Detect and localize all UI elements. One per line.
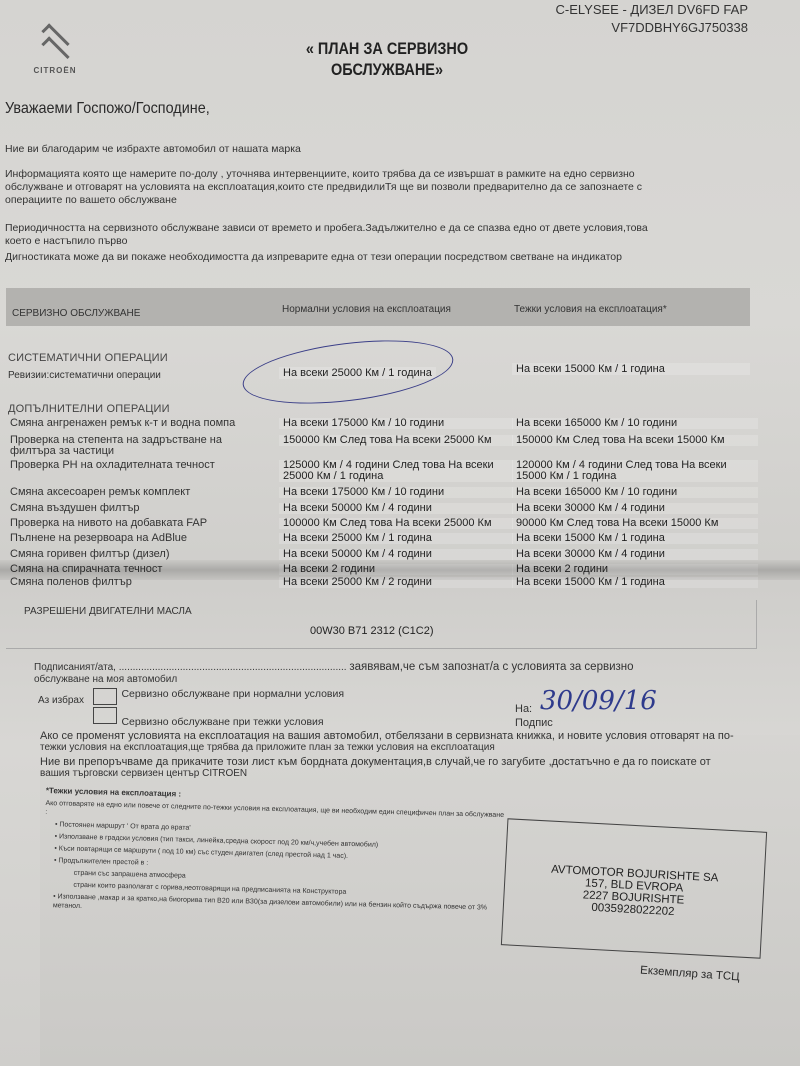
- row-normal-interval: На всеки 50000 Км / 4 години: [279, 549, 513, 560]
- citroen-double-chevron-icon: [22, 32, 88, 56]
- row-heavy-interval: На всеки 165000 Км / 10 години: [512, 418, 758, 429]
- date-label: На:: [515, 703, 532, 716]
- diagnostics-text: Дигностиката може да ви покаже необходим…: [5, 251, 622, 264]
- signature-label: Подпис: [515, 717, 553, 730]
- row-normal-interval: 100000 Км След това На всеки 25000 Км: [279, 518, 513, 529]
- chose-label: Аз избрах: [38, 694, 84, 707]
- change-line: тежки условия на експлоатация,ще трябва …: [40, 742, 734, 754]
- col-service: СЕРВИЗНО ОБСЛУЖВАНЕ: [12, 308, 140, 319]
- dealer-address: AVTOMOTOR BOJURISHTE SA 157, BLD EVROPA …: [504, 861, 764, 922]
- title-line-1: « ПЛАН ЗА СЕРВИЗНО: [281, 38, 494, 59]
- checkbox-normal[interactable]: [93, 688, 117, 705]
- row-normal-interval: На всеки 175000 Км / 10 години: [279, 487, 513, 498]
- change-paragraph: Ако се променят условията на експлоатаци…: [40, 730, 734, 754]
- row-operation: Смяна ангренажен ремък к-т и водна помпа: [10, 418, 250, 429]
- info-line: Информацията която ще намерите по-долу ,…: [5, 168, 642, 181]
- row-heavy-interval: 90000 Км След това На всеки 15000 Км: [512, 518, 758, 529]
- row-normal-interval: 125000 Км / 4 години След това На всеки …: [279, 460, 513, 482]
- paper-fold: [0, 560, 800, 580]
- dealer-stamp: AVTOMOTOR BOJURISHTE SA 157, BLD EVROPA …: [501, 818, 767, 958]
- row-operation: Проверка на степента на задръстване на ф…: [10, 435, 250, 457]
- info-line: операциите по вашето обслужване: [5, 194, 642, 207]
- period-line: което е настъпило първо: [5, 235, 648, 248]
- greeting: Уважаеми Госпожо/Господине,: [5, 100, 210, 118]
- change-line: Ако се променят условията на експлоатаци…: [40, 730, 734, 742]
- option-heavy[interactable]: Сервизно обслужване при тежки условия: [93, 707, 324, 729]
- periodicity-paragraph: Периодичността на сервизното обслужване …: [5, 222, 648, 248]
- row-normal-interval: На всеки 50000 Км / 4 години: [279, 503, 513, 514]
- systematic-row-label: Ревизии:систематични операции: [8, 370, 161, 381]
- info-line: обслужване и отговарят на условията на е…: [5, 181, 642, 194]
- recommend-line: Ние ви препоръчваме да прикачите този ли…: [40, 756, 711, 768]
- recommend-line: вашия търговски сервизен център CITROEN: [40, 768, 711, 780]
- row-heavy-interval: На всеки 30000 Км / 4 години: [512, 549, 758, 560]
- option-normal-label: Сервизно обслужване при нормални условия: [121, 688, 344, 700]
- row-operation: Смяна горивен филтър (дизел): [10, 549, 250, 560]
- row-heavy-interval: На всеки 30000 Км / 4 години: [512, 503, 758, 514]
- declaration-line-2: обслужване на моя автомобил: [34, 673, 177, 686]
- row-normal-interval: На всеки 25000 Км / 1 година: [279, 533, 513, 544]
- row-operation: Пълнене на резервоара на AdBlue: [10, 533, 250, 544]
- brand-name: CITROËN: [22, 66, 88, 75]
- recommend-paragraph: Ние ви препоръчваме да прикачите този ли…: [40, 756, 711, 780]
- thanks-text: Ние ви благодарим че избрахте автомобил …: [5, 143, 301, 156]
- citroen-logo: CITROËN: [22, 32, 88, 75]
- col-normal: Нормални условия на експлоатация: [282, 304, 451, 315]
- footnote-list: • Постоянен маршрут ' От врата до врата'…: [43, 820, 505, 922]
- row-operation: Проверка PH на охладителната течност: [10, 460, 250, 471]
- info-paragraph: Информацията която ще намерите по-долу ,…: [5, 168, 642, 207]
- checkbox-heavy[interactable]: [93, 707, 117, 724]
- signed-suffix: заявявам,че съм запознат/а с условията з…: [349, 661, 633, 673]
- row-operation: Смяна въздушен филтър: [10, 503, 250, 514]
- additional-title: ДОПЪЛНИТЕЛНИ ОПЕРАЦИИ: [8, 403, 170, 415]
- title-line-2: ОБСЛУЖВАНЕ»: [281, 59, 494, 80]
- signed-prefix: Подписаният/ата, .......................…: [34, 662, 347, 673]
- row-normal-interval: На всеки 175000 Км / 10 години: [279, 418, 513, 429]
- systematic-heavy: На всеки 15000 Км / 1 година: [512, 363, 750, 375]
- systematic-title: СИСТЕМАТИЧНИ ОПЕРАЦИИ: [8, 352, 168, 364]
- oil-section: РАЗРЕШЕНИ ДВИГАТЕЛНИ МАСЛА 00W30 B71 231…: [6, 600, 757, 649]
- row-heavy-interval: На всеки 15000 Км / 1 година: [512, 533, 758, 544]
- oil-spec: 00W30 B71 2312 (C1C2): [310, 625, 434, 637]
- heavy-conditions-footnote: *Тежки условия на експлоатация : Ако отг…: [43, 786, 506, 922]
- table-header: СЕРВИЗНО ОБСЛУЖВАНЕ Нормални условия на …: [6, 288, 750, 326]
- page-title: « ПЛАН ЗА СЕРВИЗНО ОБСЛУЖВАНЕ»: [281, 38, 494, 80]
- col-heavy: Тежки условия на експлоатация*: [514, 304, 667, 315]
- row-heavy-interval: На всеки 165000 Км / 10 години: [512, 487, 758, 498]
- row-heavy-interval: 150000 Км След това На всеки 15000 Км: [512, 435, 758, 446]
- vehicle-vin: VF7DDBHY6GJ750338: [611, 20, 748, 35]
- row-operation: Проверка на нивото на добавката FAP: [10, 518, 250, 529]
- row-heavy-interval: 120000 Км / 4 години След това На всеки …: [512, 460, 758, 482]
- period-line: Периодичността на сервизното обслужване …: [5, 222, 648, 235]
- vehicle-model: C-ELYSEE - ДИЗЕЛ DV6FD FAP: [556, 2, 749, 17]
- handwritten-date: 30/09/16: [540, 686, 657, 716]
- row-operation: Смяна аксесоарен ремък комплект: [10, 487, 250, 498]
- oil-title: РАЗРЕШЕНИ ДВИГАТЕЛНИ МАСЛА: [24, 606, 192, 617]
- option-heavy-label: Сервизно обслужване при тежки условия: [121, 716, 323, 728]
- row-normal-interval: 150000 Км След това На всеки 25000 Км: [279, 435, 513, 446]
